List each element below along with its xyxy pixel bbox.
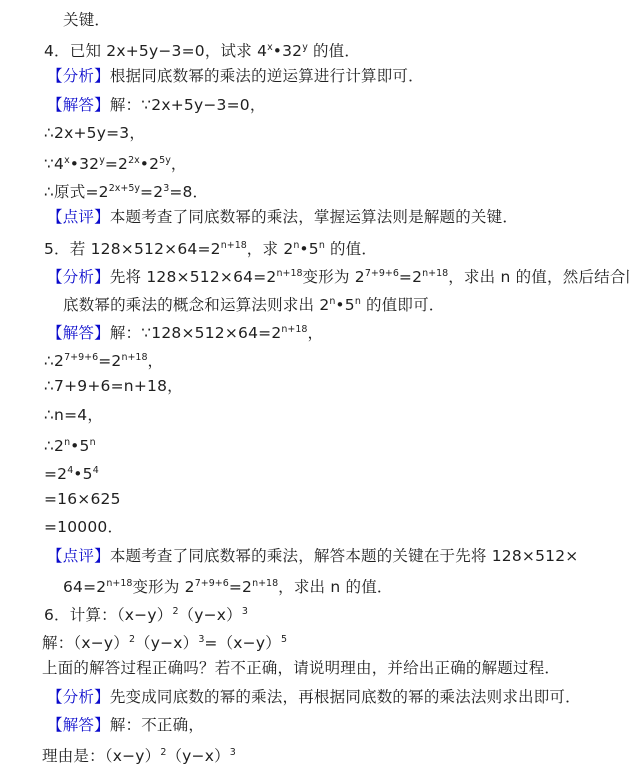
text-line: 关键． — [63, 6, 615, 34]
superscript: n+18 — [422, 268, 448, 279]
text-segment: 的值． — [308, 42, 360, 60]
text-segment: =（x−y） — [204, 634, 281, 652]
superscript: 7+9+6 — [365, 268, 399, 279]
text-segment: 变形为 2 — [132, 578, 194, 596]
text-segment: 解：∵2x+5y−3=0， — [110, 96, 266, 114]
text-segment: ， — [307, 324, 323, 342]
section-label: 【点评】 — [47, 547, 110, 565]
text-segment: 先变成同底数的幂的乘法，再根据同底数的幂的乘法法则求出即可． — [110, 688, 581, 706]
text-segment: 根据同底数幂的乘法的逆运算进行计算即可． — [110, 67, 424, 85]
text-segment: ，求 2 — [247, 240, 294, 258]
text-line: 5．若 128×512×64=2n+18，求 2n•5n 的值． — [44, 232, 615, 260]
text-segment: ，求出 n 的值． — [278, 578, 392, 596]
text-line: ∴27+9+6=2n+18， — [44, 344, 615, 372]
text-line: =16×625 — [44, 485, 615, 513]
text-line: 【分析】先变成同底数的幂的乘法，再根据同底数的幂的乘法法则求出即可． — [47, 683, 615, 711]
text-segment: （y−x） — [135, 634, 198, 652]
text-segment: 5．若 128×512×64=2 — [44, 240, 221, 258]
text-segment: ∴7+9+6=n+18， — [44, 377, 183, 395]
text-line: ∴2n•5n — [44, 429, 615, 457]
text-segment: ∴n=4， — [44, 406, 103, 424]
text-line: ∴原式=22x+5y=23=8． — [44, 175, 615, 203]
text-segment: 64=2 — [63, 578, 106, 596]
superscript: 2x — [128, 155, 140, 166]
text-line: ∴n=4， — [44, 401, 615, 429]
text-segment: 先将 128×512×64=2 — [110, 268, 277, 286]
text-segment: 的值即可． — [361, 296, 445, 314]
text-segment: （y−x） — [166, 747, 229, 765]
text-segment: =2 — [44, 465, 67, 483]
superscript: n+18 — [121, 352, 147, 363]
section-label: 【解答】 — [47, 324, 110, 342]
text-segment: •2 — [140, 155, 159, 173]
text-segment: •5 — [299, 240, 318, 258]
text-segment: •5 — [70, 437, 89, 455]
document-page: 关键．4．已知 2x+5y−3=0，试求 4x•32y 的值．【分析】根据同底数… — [0, 0, 629, 770]
superscript: n — [90, 437, 96, 448]
text-line: 【分析】先将 128×512×64=2n+18变形为 27+9+6=2n+18，… — [47, 260, 615, 288]
text-line: ∵4x•32y=22x•25y， — [44, 147, 615, 175]
section-label: 【分析】 — [47, 67, 110, 85]
text-segment: ∴2 — [44, 437, 64, 455]
text-segment: 理由是：（x−y） — [42, 747, 160, 765]
text-line: ∴2x+5y=3， — [44, 119, 615, 147]
text-line: 底数幂的乘法的概念和运算法则求出 2n•5n 的值即可． — [63, 288, 615, 316]
document-lines: 关键．4．已知 2x+5y−3=0，试求 4x•32y 的值．【分析】根据同底数… — [44, 6, 615, 767]
text-segment: •32 — [273, 42, 302, 60]
text-segment: ， — [171, 155, 187, 173]
text-segment: ， — [148, 352, 164, 370]
section-label: 【解答】 — [47, 96, 110, 114]
text-line: 解：（x−y）2（y−x）3=（x−y）5 — [42, 626, 615, 654]
text-segment: 6．计算：（x−y） — [44, 606, 172, 624]
superscript: n+18 — [106, 578, 132, 589]
text-segment: •32 — [70, 155, 99, 173]
text-segment: =2 — [140, 183, 163, 201]
text-line: 6．计算：（x−y）2（y−x）3 — [44, 598, 615, 626]
text-segment: ，求出 n 的值，然后结合同 — [448, 268, 629, 286]
superscript: 3 — [242, 606, 248, 617]
text-segment: 本题考查了同底数幂的乘法，解答本题的关键在于先将 128×512× — [110, 547, 579, 565]
superscript: 2x+5y — [109, 183, 140, 194]
superscript: 7+9+6 — [195, 578, 229, 589]
text-line: =24•54 — [44, 457, 615, 485]
section-label: 【点评】 — [47, 208, 110, 226]
text-line: 【解答】解：不正确， — [47, 711, 615, 739]
text-segment: =2 — [105, 155, 128, 173]
superscript: n+18 — [252, 578, 278, 589]
text-segment: （y−x） — [179, 606, 242, 624]
text-line: ∴7+9+6=n+18， — [44, 372, 615, 400]
section-label: 【分析】 — [47, 268, 110, 286]
text-segment: 变形为 2 — [303, 268, 365, 286]
text-segment: 解：（x−y） — [42, 634, 129, 652]
text-segment: =8． — [169, 183, 208, 201]
superscript: 7+9+6 — [64, 352, 98, 363]
text-segment: ∵4 — [44, 155, 64, 173]
text-segment: =16×625 — [44, 490, 121, 508]
text-line: 上面的解答过程正确吗？若不正确，请说明理由，并给出正确的解题过程． — [42, 654, 615, 682]
text-line: 理由是：（x−y）2（y−x）3 — [42, 739, 615, 767]
text-segment: =10000． — [44, 518, 123, 536]
text-line: 【解答】解：∵2x+5y−3=0， — [47, 91, 615, 119]
text-segment: 上面的解答过程正确吗？若不正确，请说明理由，并给出正确的解题过程． — [42, 659, 560, 677]
superscript: 4 — [93, 465, 99, 476]
superscript: n+18 — [276, 268, 302, 279]
text-line: 【分析】根据同底数幂的乘法的逆运算进行计算即可． — [47, 62, 615, 90]
superscript: n+18 — [281, 324, 307, 335]
superscript: 3 — [230, 747, 236, 758]
text-segment: 的值． — [325, 240, 377, 258]
text-segment: =2 — [98, 352, 121, 370]
text-segment: 关键． — [63, 11, 110, 29]
text-segment: 解：不正确， — [110, 716, 204, 734]
superscript: 5 — [281, 634, 287, 645]
text-line: 4．已知 2x+5y−3=0，试求 4x•32y 的值． — [44, 34, 615, 62]
text-segment: •5 — [335, 296, 354, 314]
text-segment: =2 — [399, 268, 422, 286]
text-line: 【点评】本题考查了同底数幂的乘法，掌握运算法则是解题的关键． — [47, 203, 615, 231]
text-line: 【点评】本题考查了同底数幂的乘法，解答本题的关键在于先将 128×512× — [47, 542, 615, 570]
text-segment: 解：∵128×512×64=2 — [110, 324, 282, 342]
text-line: =10000． — [44, 513, 615, 541]
text-segment: ∴2 — [44, 352, 64, 370]
text-segment: 底数幂的乘法的概念和运算法则求出 2 — [63, 296, 329, 314]
superscript: 5y — [159, 155, 171, 166]
text-segment: =2 — [229, 578, 252, 596]
text-line: 【解答】解：∵128×512×64=2n+18， — [47, 316, 615, 344]
text-segment: 本题考查了同底数幂的乘法，掌握运算法则是解题的关键． — [110, 208, 518, 226]
text-segment: ∴2x+5y=3， — [44, 124, 145, 142]
section-label: 【分析】 — [47, 688, 110, 706]
text-line: 64=2n+18变形为 27+9+6=2n+18，求出 n 的值． — [63, 570, 615, 598]
superscript: n+18 — [221, 240, 247, 251]
text-segment: ∴原式=2 — [44, 183, 109, 201]
text-segment: 4．已知 2x+5y−3=0，试求 4 — [44, 42, 267, 60]
section-label: 【解答】 — [47, 716, 110, 734]
text-segment: •5 — [73, 465, 92, 483]
